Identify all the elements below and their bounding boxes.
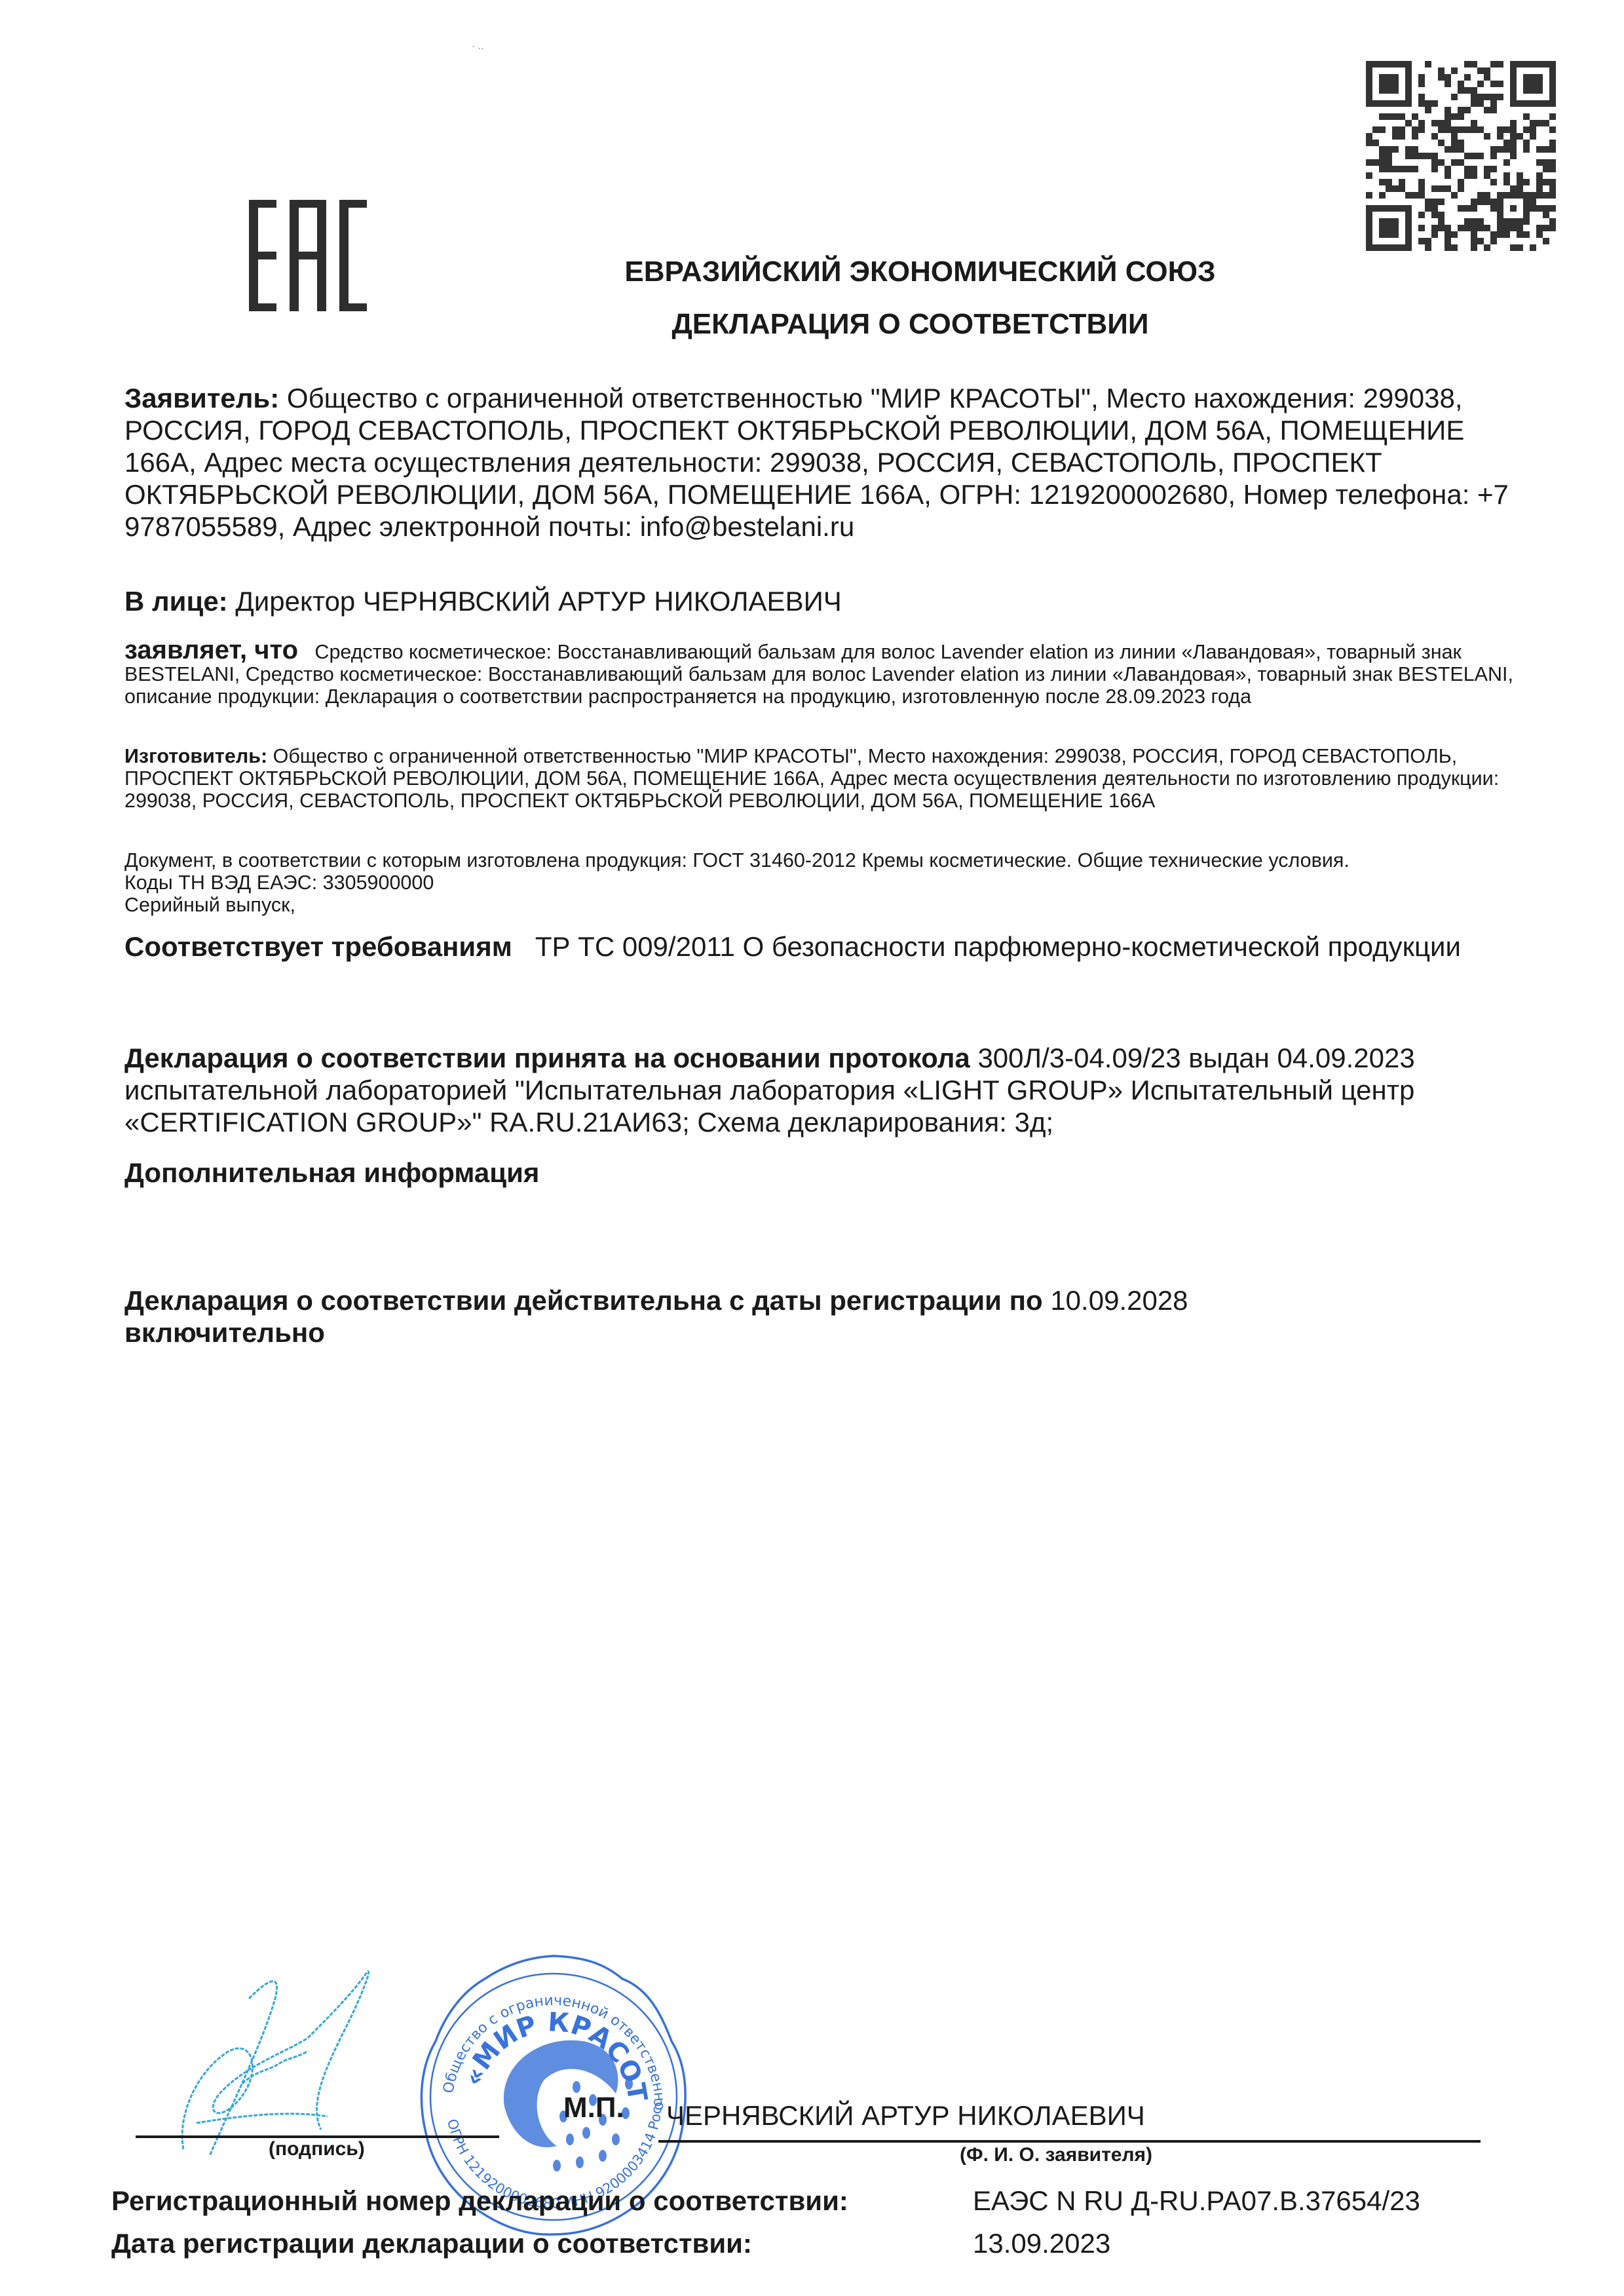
registration-date-label: Дата регистрации декларации о соответств…	[111, 2228, 752, 2259]
qr-code	[1366, 61, 1556, 251]
conforms-text: ТР ТС 009/2011 О безопасности парфюмерно…	[535, 931, 1461, 962]
applicant-label: Заявитель:	[124, 383, 279, 413]
declares-text: Средство косметическое: Восстанавливающи…	[124, 641, 1513, 708]
validity-label: Декларация о соответствии действительна …	[124, 1285, 1043, 1316]
basis-section: Декларация о соответствии принята на осн…	[124, 1042, 1533, 1138]
in-person-section: В лице: Директор ЧЕРНЯВСКИЙ АРТУР НИКОЛА…	[124, 585, 1533, 617]
conforms-section: Соответствует требованиям ТР ТС 009/2011…	[124, 930, 1533, 963]
in-person-text: Директор ЧЕРНЯВСКИЙ АРТУР НИКОЛАЕВИЧ	[235, 586, 841, 617]
seal-placeholder-label: М.П.	[563, 2092, 624, 2124]
codes-line: Коды ТН ВЭД ЕАЭС: 3305900000	[124, 871, 1533, 894]
additional-info-label: Дополнительная информация	[124, 1157, 1533, 1189]
validity-section: Декларация о соответствии действительна …	[124, 1284, 1533, 1349]
declares-section: заявляет, что Средство косметическое: Во…	[124, 639, 1533, 708]
manufacturer-text: Общество с ограниченной ответственностью…	[124, 745, 1499, 812]
in-person-label: В лице:	[124, 586, 228, 617]
applicant-name: ЧЕРНЯВСКИЙ АРТУР НИКОЛАЕВИЧ	[666, 2100, 1145, 2132]
name-caption: (Ф. И. О. заявителя)	[960, 2144, 1152, 2166]
scan-speck: · ..	[472, 41, 484, 52]
document-line: Документ, в соответствии с которым изгот…	[124, 849, 1533, 871]
serial-line: Серийный выпуск,	[124, 894, 1533, 916]
manufacturer-label: Изготовитель:	[124, 745, 267, 767]
registration-date-value: 13.09.2023	[973, 2228, 1110, 2259]
declaration-title: ДЕКЛАРАЦИЯ О СООТВЕТСТВИИ	[0, 308, 1624, 341]
manufacturer-section: Изготовитель: Общество с ограниченной от…	[124, 745, 1533, 812]
validity-date: 10.09.2028	[1050, 1285, 1188, 1316]
union-title: ЕВРАЗИЙСКИЙ ЭКОНОМИЧЕСКИЙ СОЮЗ	[0, 256, 1624, 288]
signature-caption: (подпись)	[269, 2138, 365, 2160]
applicant-text: Общество с ограниченной ответственностью…	[124, 383, 1509, 542]
registration-number-value: ЕАЭС N RU Д-RU.РА07.В.37654/23	[973, 2185, 1420, 2217]
name-line	[658, 2140, 1481, 2143]
applicant-section: Заявитель: Общество с ограниченной ответ…	[124, 382, 1533, 543]
conforms-label: Соответствует требованиям	[124, 931, 512, 962]
declares-label: заявляет, что	[124, 636, 298, 664]
validity-suffix: включительно	[124, 1317, 325, 1348]
basis-label: Декларация о соответствии принята на осн…	[124, 1043, 970, 1073]
registration-number-label: Регистрационный номер декларации о соотв…	[111, 2185, 848, 2217]
